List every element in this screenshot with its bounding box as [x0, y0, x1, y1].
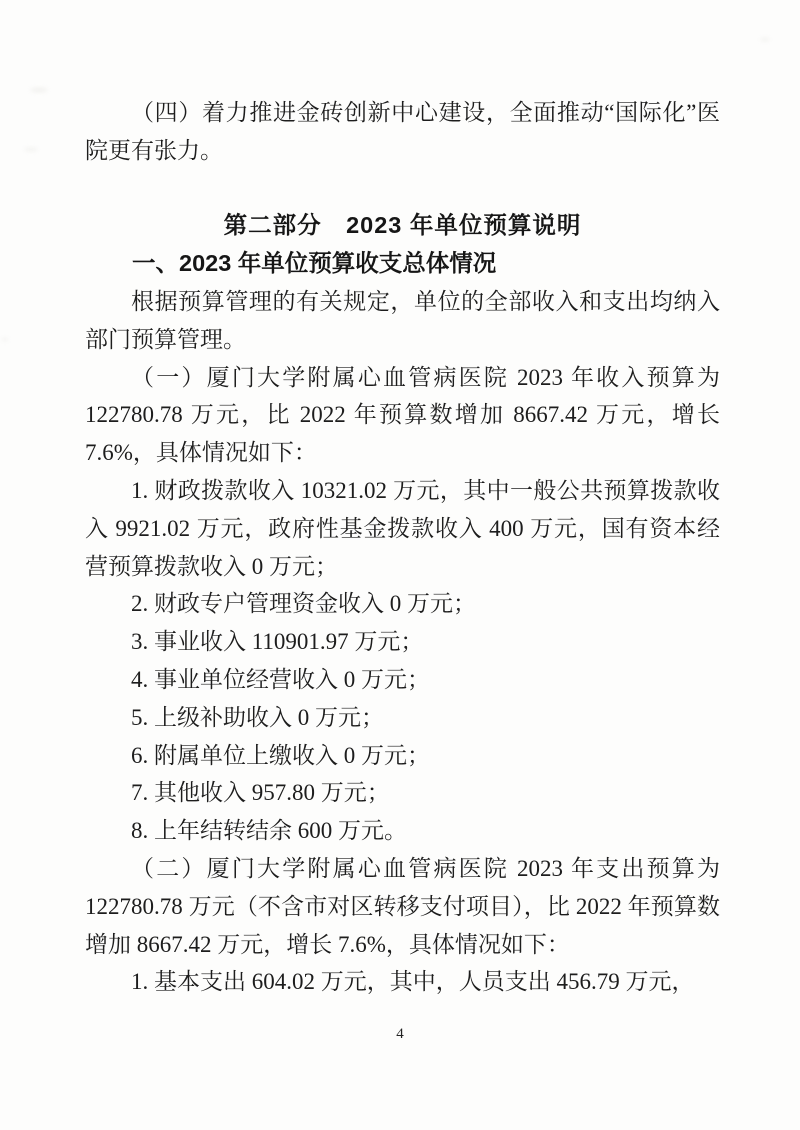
income-item-4: 4. 事业单位经营收入 0 万元；: [85, 661, 720, 699]
scan-artifact: [30, 88, 48, 92]
scan-artifact: [760, 38, 770, 41]
income-item-3: 3. 事业收入 110901.97 万元；: [85, 623, 720, 661]
document-page: （四）着力推进金砖创新中心建设，全面推动“国际化”医院更有张力。 第二部分 20…: [0, 0, 800, 1130]
expense-item-1: 1. 基本支出 604.02 万元，其中，人员支出 456.79 万元，: [85, 963, 720, 1001]
income-item-5: 5. 上级补助收入 0 万元；: [85, 699, 720, 737]
income-item-6: 6. 附属单位上缴收入 0 万元；: [85, 737, 720, 775]
paragraph-income-summary: （一）厦门大学附属心血管病医院 2023 年收入预算为 122780.78 万元…: [85, 359, 720, 472]
paragraph-point-four: （四）着力推进金砖创新中心建设，全面推动“国际化”医院更有张力。: [85, 94, 720, 170]
part-two-heading: 第二部分 2023 年单位预算说明: [85, 207, 720, 245]
income-item-7: 7. 其他收入 957.80 万元；: [85, 774, 720, 812]
document-content: （四）着力推进金砖创新中心建设，全面推动“国际化”医院更有张力。 第二部分 20…: [85, 94, 720, 1001]
scan-artifact: [2, 338, 8, 341]
income-item-8: 8. 上年结转结余 600 万元。: [85, 812, 720, 850]
paragraph-budget-rule: 根据预算管理的有关规定，单位的全部收入和支出均纳入部门预算管理。: [85, 283, 720, 359]
income-item-2: 2. 财政专户管理资金收入 0 万元；: [85, 585, 720, 623]
paragraph-expense-summary: （二）厦门大学附属心血管病医院 2023 年支出预算为 122780.78 万元…: [85, 850, 720, 963]
page-number: 4: [0, 1026, 800, 1043]
income-item-1: 1. 财政拨款收入 10321.02 万元，其中一般公共预算拨款收入 9921.…: [85, 472, 720, 585]
scan-artifact: [24, 148, 38, 151]
section-one-heading: 一、2023 年单位预算收支总体情况: [85, 245, 720, 283]
